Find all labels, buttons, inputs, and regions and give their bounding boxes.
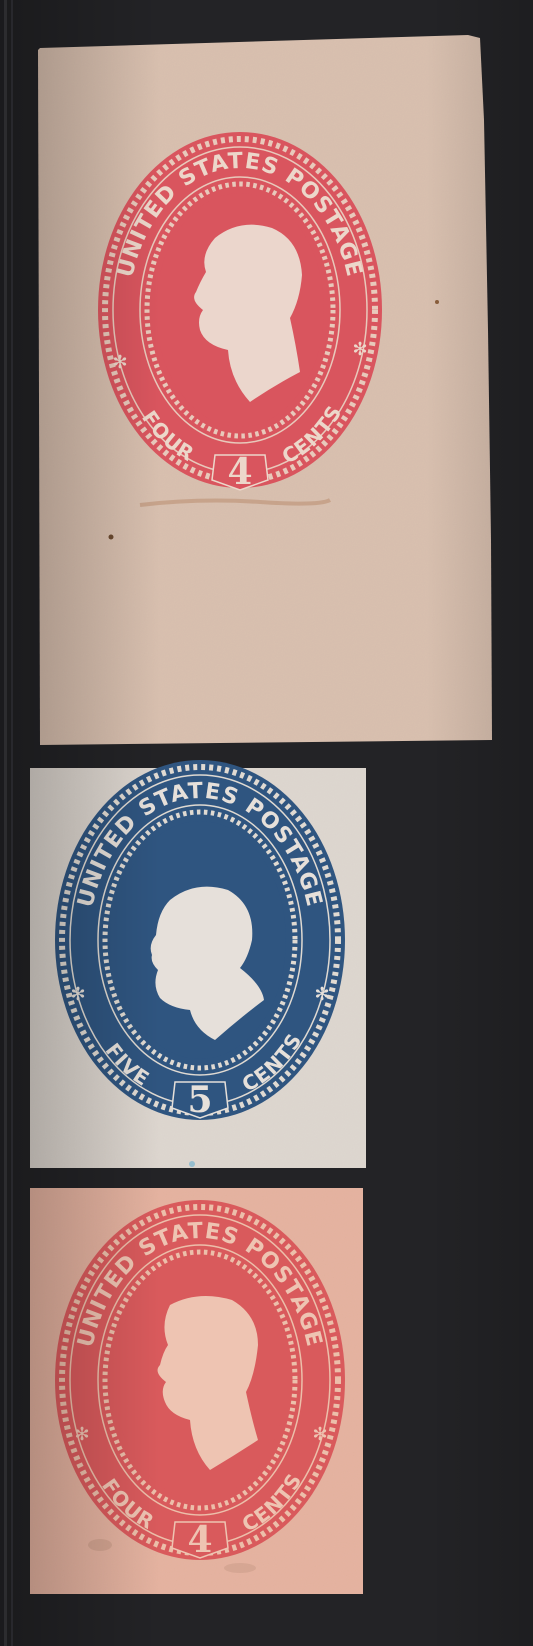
lighting-overlay <box>0 0 533 1646</box>
